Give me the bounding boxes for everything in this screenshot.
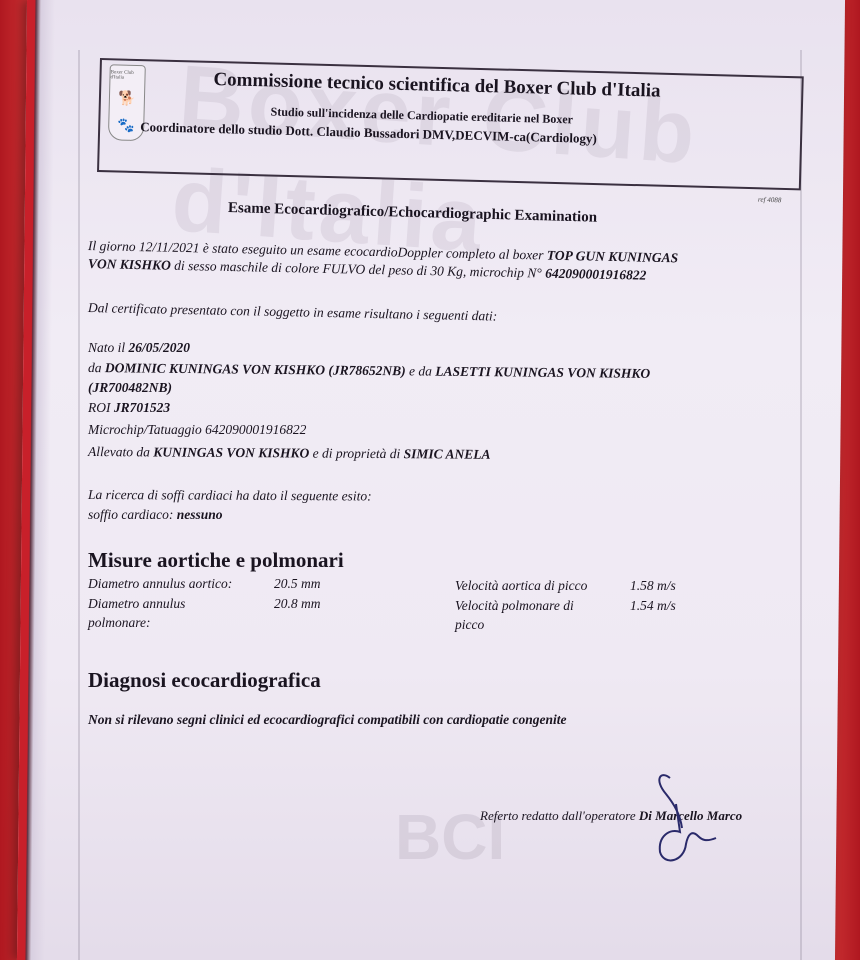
aortic-velocity-label: Velocità aortica di picco (455, 578, 587, 594)
pulmonary-velocity-label-cont: picco (455, 617, 484, 633)
reference-number: ref 4088 (758, 196, 782, 205)
dog-name-part-1: TOP GUN KUNINGAS (547, 248, 679, 266)
breeder-prefix: Allevato da (88, 444, 153, 459)
signature (640, 770, 760, 870)
murmur-label: soffio cardiaco: (88, 507, 177, 522)
operator-prefix: Referto redatto dall'operatore (480, 808, 639, 823)
measurements-title: Misure aortiche e polmonari (88, 548, 344, 573)
birth-label: Nato il (88, 340, 129, 355)
pulmonary-velocity-label: Velocità polmonare di (455, 598, 574, 614)
letterhead: Boxer Club d'Italia 🐕 🐾 Commissione tecn… (97, 58, 804, 190)
dam-name: LASETTI KUNINGAS VON KISHKO (435, 364, 650, 381)
dam-reg-number: (JR700482NB) (88, 380, 172, 395)
pulmonary-annulus-label: Diametro annulus (88, 596, 185, 612)
dog-name-part-2: VON KISHKO (88, 256, 171, 273)
murmur-result: soffio cardiaco: nessuno (88, 507, 223, 523)
roi-number: JR701523 (114, 400, 170, 415)
exam-microchip: 642090001916822 (545, 266, 647, 283)
letterhead-title: Commissione tecnico scientifica del Boxe… (213, 69, 661, 103)
boxer-head-icon: 🐕 (118, 90, 136, 107)
birth-line: Nato il 26/05/2020 (88, 340, 190, 356)
murmur-value: nessuno (177, 507, 223, 522)
aortic-annulus-label: Diametro annulus aortico: (88, 576, 232, 592)
aortic-annulus-value: 20.5 mm (274, 576, 321, 592)
logo-label: Boxer Club d'Italia (110, 70, 144, 81)
dam-prefix: e da (406, 363, 436, 378)
roi-label: ROI (88, 400, 114, 415)
aortic-velocity-value: 1.58 m/s (630, 578, 676, 594)
owner-prefix: e di proprietà di (309, 446, 403, 462)
pulmonary-annulus-label-cont: polmonare: (88, 615, 151, 631)
owner-name: SIMIC ANELA (404, 446, 491, 462)
dogs-icon: 🐾 (117, 117, 135, 134)
breeder-owner-line: Allevato da KUNINGAS VON KISHKO e di pro… (88, 444, 491, 463)
roi-line: ROI JR701523 (88, 400, 170, 416)
birth-date: 26/05/2020 (129, 340, 191, 355)
breeder-name: KUNINGAS VON KISHKO (153, 444, 309, 460)
sire-prefix: da (88, 360, 105, 375)
diagnosis-title: Diagnosi ecocardiografica (88, 668, 321, 693)
pulmonary-velocity-value: 1.54 m/s (630, 598, 676, 614)
diagnosis-text: Non si rilevano segni clinici ed ecocard… (88, 712, 566, 728)
pulmonary-annulus-value: 20.8 mm (274, 596, 321, 612)
microchip-line: Microchip/Tatuaggio 642090001916822 (88, 422, 306, 438)
dam-registration: (JR700482NB) (88, 380, 172, 396)
sire-name: DOMINIC KUNINGAS VON KISHKO (JR78652NB) (105, 360, 406, 378)
murmur-intro: La ricerca di soffi cardiaci ha dato il … (88, 487, 372, 504)
